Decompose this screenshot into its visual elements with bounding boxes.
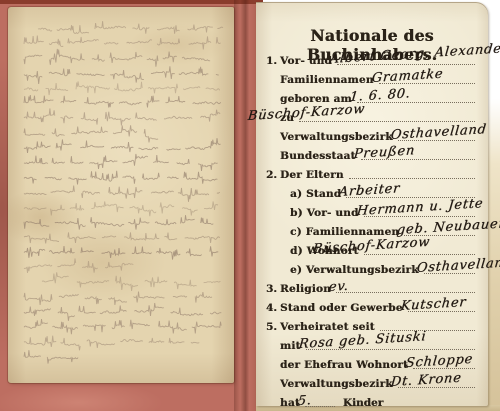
dotted-line bbox=[380, 317, 475, 331]
row-number: 2. bbox=[266, 169, 280, 181]
dotted-line: Rosa geb. Situski bbox=[306, 336, 475, 350]
row-label: a) Stand bbox=[290, 188, 341, 200]
handwriting-line bbox=[24, 232, 220, 243]
form-row: 5.Verheiratet seit bbox=[266, 314, 477, 333]
form-row: 2.Der Eltern bbox=[266, 162, 477, 181]
row-label: Verheiratet seit bbox=[280, 321, 375, 333]
form-row: e) VerwaltungsbezirkOsthavelland bbox=[266, 257, 477, 276]
handwritten-entry: geb. Neubauer bbox=[396, 216, 500, 238]
form-row: 1.Vor- undAlbert Georg, Alexander bbox=[266, 48, 477, 67]
faded-handwriting bbox=[12, 9, 230, 381]
handwritten-entry: ev. bbox=[328, 279, 349, 295]
right-page: Nationale des Buchinhabers. 1.Vor- undAl… bbox=[256, 2, 488, 406]
dotted-line: geb. Neubauer bbox=[404, 222, 475, 236]
handwriting-line bbox=[24, 201, 218, 216]
dotted-line bbox=[349, 165, 475, 179]
dotted-line: ev. bbox=[336, 279, 475, 293]
dotted-line: Arbeiter bbox=[346, 184, 475, 198]
handwriting-line bbox=[24, 246, 218, 260]
row-number: 5. bbox=[266, 321, 280, 333]
handwritten-entry: Osthavelland bbox=[416, 255, 500, 276]
handwriting-line bbox=[24, 138, 221, 153]
form-row: b) Vor- undHermann u. Jette bbox=[266, 200, 477, 219]
handwriting-line bbox=[38, 21, 223, 34]
handwritten-entry: Arbeiter bbox=[338, 181, 401, 200]
dotted-line: Preußen bbox=[361, 146, 476, 160]
dotted-line: Hermann u. Jette bbox=[364, 203, 475, 217]
handwritten-entry: Rosa geb. Situski bbox=[298, 329, 427, 352]
form-row: 3.Religionev. bbox=[266, 276, 477, 295]
row-label-suffix: Kinder bbox=[343, 397, 383, 409]
form-row: mitRosa geb. Situski bbox=[266, 333, 477, 352]
handwritten-entry: Hermann u. Jette bbox=[356, 196, 484, 219]
handwriting-line bbox=[24, 336, 199, 351]
handwriting-line bbox=[24, 81, 220, 95]
handwriting-line bbox=[24, 95, 221, 107]
handwriting-line bbox=[24, 108, 220, 125]
form-row: a) StandArbeiter bbox=[266, 181, 477, 200]
dotted-line: 1. 6. 80. bbox=[357, 89, 475, 103]
handwriting-line bbox=[24, 350, 78, 363]
handwriting-line bbox=[24, 303, 221, 321]
handwritten-entry: Schloppe bbox=[405, 352, 474, 371]
row-label: e) Verwaltungsbezirk bbox=[290, 264, 419, 276]
form-row: d) WohnortBüschof-Karzow bbox=[266, 238, 477, 257]
handwriting-line bbox=[24, 125, 158, 142]
handwritten-entry: Gramatke bbox=[371, 67, 444, 86]
handwritten-entry: Büschof-Karzow bbox=[312, 235, 431, 257]
handwriting-line bbox=[24, 154, 218, 171]
row-label: Familiennamen bbox=[280, 74, 374, 86]
handwriting-line bbox=[24, 319, 221, 334]
page-edge-right bbox=[487, 0, 500, 411]
dotted-line: Gramatke bbox=[379, 70, 475, 84]
handwriting-line bbox=[24, 292, 212, 306]
form-row: FamiliennamenGramatke bbox=[266, 67, 477, 86]
form-row: VerwaltungsbezirkOsthavelland bbox=[266, 124, 477, 143]
dotted-line: Dt. Krone bbox=[398, 374, 475, 388]
handwriting-line bbox=[24, 36, 221, 50]
form-row: c) Familiennamengeb. Neubauer bbox=[266, 219, 477, 238]
row-label: b) Vor- und bbox=[290, 207, 359, 219]
dotted-line: Büschof-Karzow bbox=[299, 108, 475, 122]
handwritten-entry: Osthavelland bbox=[390, 122, 487, 143]
handwriting-line bbox=[24, 186, 220, 202]
row-number: 4. bbox=[266, 302, 280, 314]
dotted-line: 5. bbox=[305, 393, 335, 407]
dotted-line: Osthavelland bbox=[398, 127, 475, 141]
row-number: 1. bbox=[266, 55, 280, 67]
form-row: zuBüschof-Karzow bbox=[266, 105, 477, 124]
row-label: Bundesstaat bbox=[280, 150, 356, 162]
row-label: der Ehefrau Wohnort bbox=[280, 359, 408, 371]
handwritten-entry: Kutscher bbox=[400, 295, 467, 314]
row-label: Verwaltungsbezirk bbox=[280, 131, 393, 143]
book-gutter bbox=[234, 0, 256, 411]
handwriting-line bbox=[24, 49, 210, 67]
form-row: VerwaltungsbezirkDt. Krone bbox=[266, 371, 477, 390]
photo-background: Nationale des Buchinhabers. 1.Vor- undAl… bbox=[0, 0, 500, 411]
handwritten-entry: 5. bbox=[297, 393, 312, 409]
row-number: 3. bbox=[266, 283, 280, 295]
row-label: Stand oder Gewerbe bbox=[280, 302, 403, 314]
row-label: Vor- und bbox=[280, 55, 332, 67]
handwriting-line bbox=[24, 171, 217, 185]
form-row: geboren am1. 6. 80. bbox=[266, 86, 477, 105]
handwritten-entry: Büschof-Karzow bbox=[247, 102, 366, 124]
row-label: c) Familiennamen bbox=[290, 226, 399, 238]
form-row: 4.Stand oder GewerbeKutscher bbox=[266, 295, 477, 314]
row-label: Religion bbox=[280, 283, 331, 295]
form-row: der Ehefrau WohnortSchloppe bbox=[266, 352, 477, 371]
form-row: hat5.Kinder bbox=[266, 390, 477, 409]
handwriting-line bbox=[24, 258, 133, 273]
dotted-line: Kutscher bbox=[408, 298, 475, 312]
left-page bbox=[8, 7, 234, 383]
dotted-line: Osthavelland bbox=[424, 260, 475, 274]
handwriting-line bbox=[42, 272, 220, 291]
row-label: Der Eltern bbox=[280, 169, 344, 181]
dotted-line: Albert Georg, Alexander bbox=[337, 51, 475, 65]
row-label: Verwaltungsbezirk bbox=[280, 378, 393, 390]
form-rows: 1.Vor- undAlbert Georg, AlexanderFamilie… bbox=[266, 48, 477, 409]
dotted-line: Schloppe bbox=[413, 355, 475, 369]
handwriting-line bbox=[24, 66, 219, 84]
form-row: BundesstaatPreußen bbox=[266, 143, 477, 162]
handwritten-entry: Dt. Krone bbox=[390, 371, 462, 390]
handwritten-entry: Preußen bbox=[353, 143, 416, 162]
dotted-line: Büschof-Karzow bbox=[364, 241, 475, 255]
handwriting-line bbox=[24, 215, 213, 229]
